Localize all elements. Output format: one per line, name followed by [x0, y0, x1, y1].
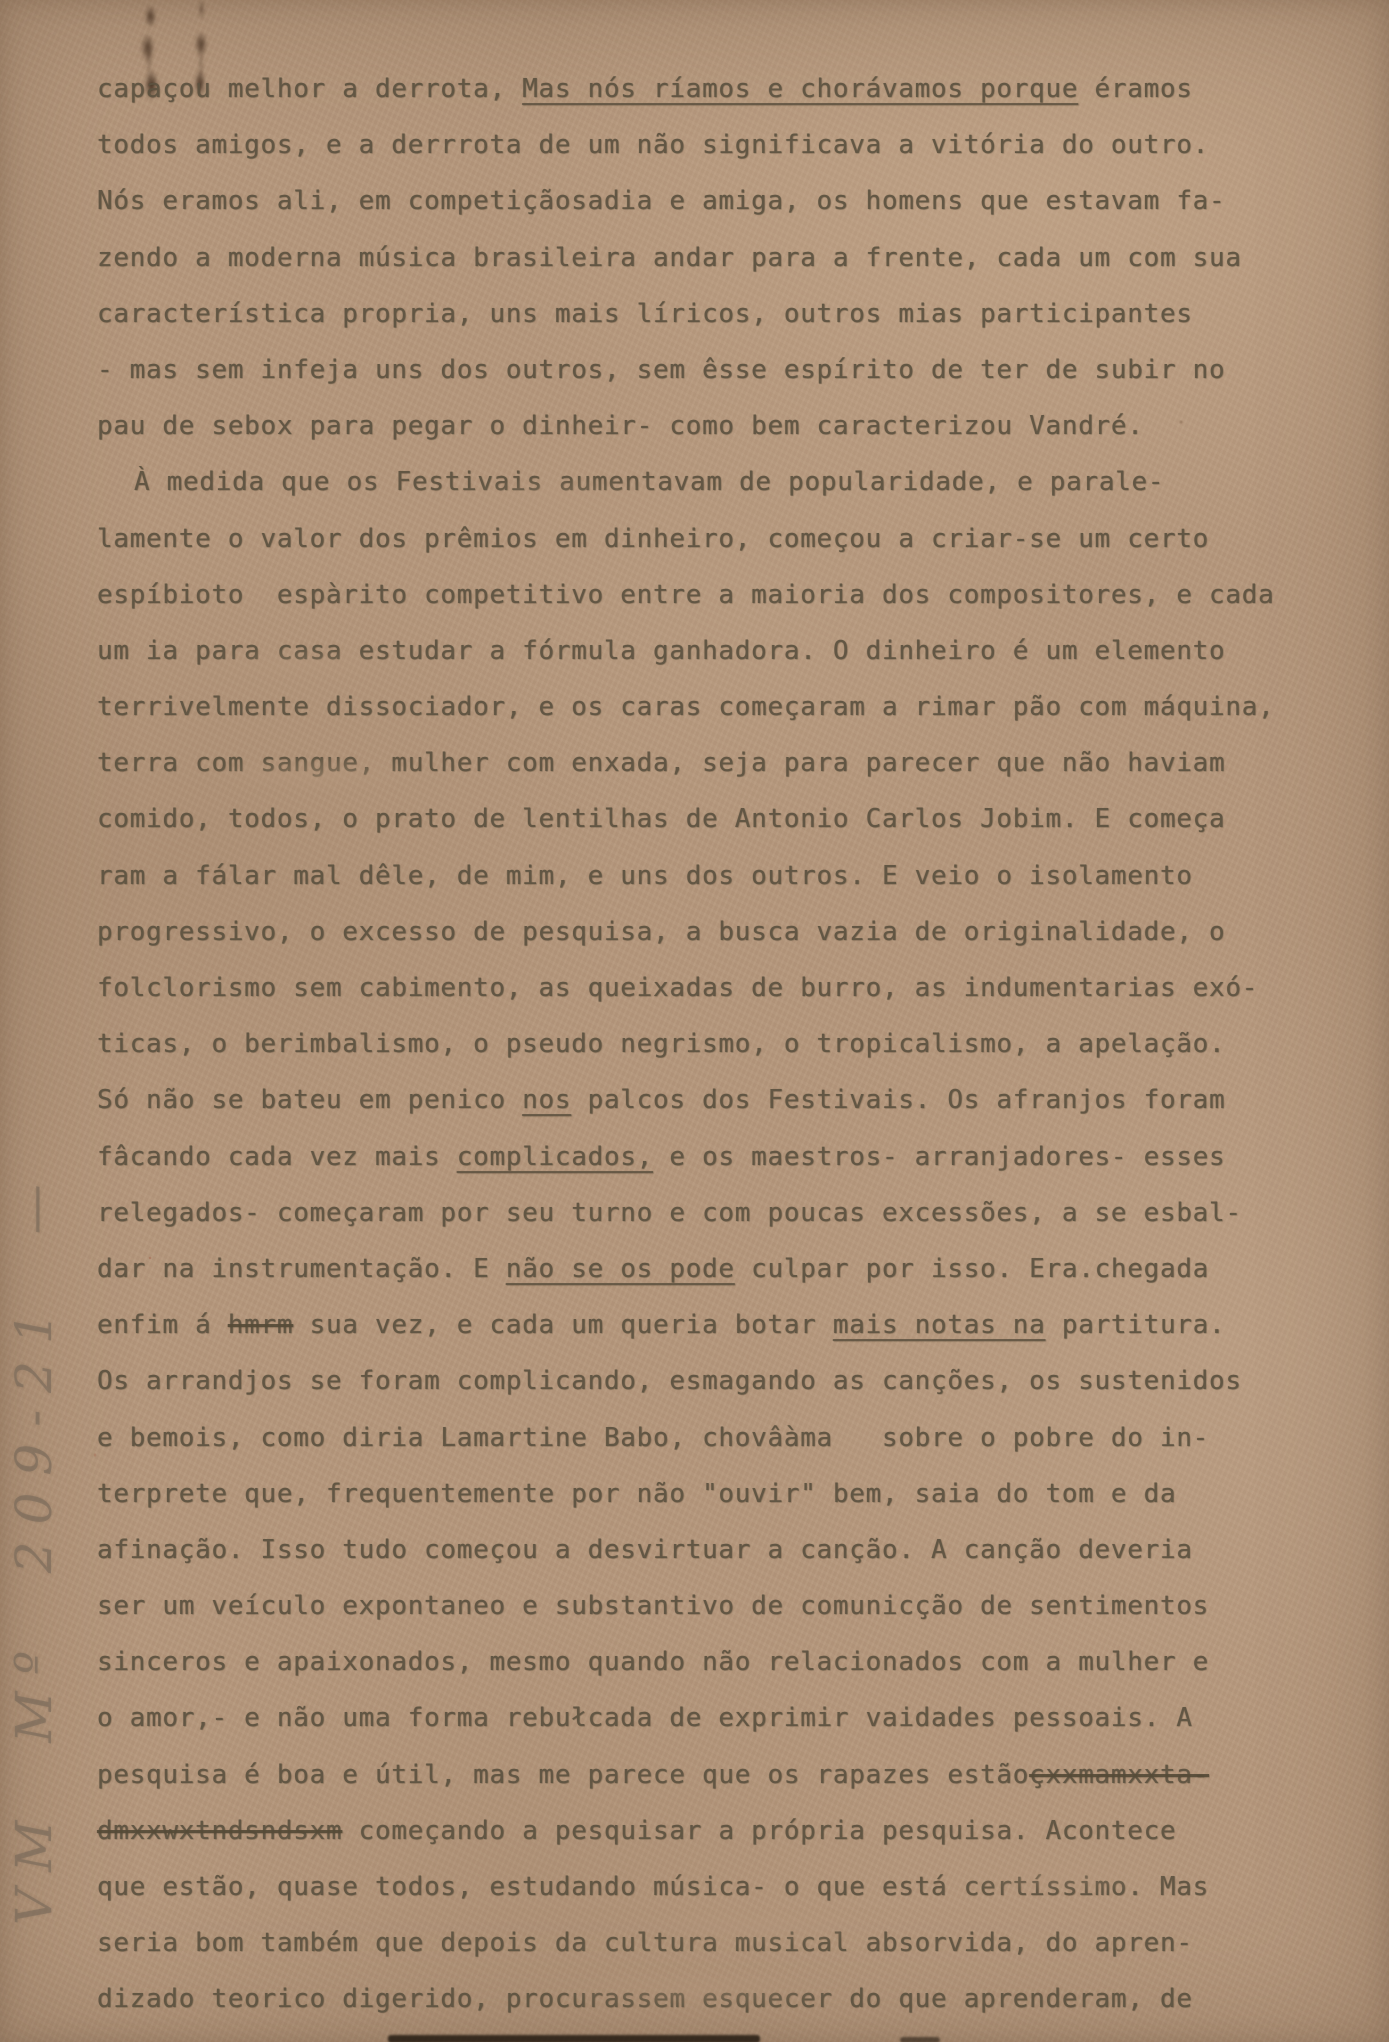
- typewritten-line: comido, todos, o prato de lentilhas de A…: [97, 804, 1359, 860]
- text-segment: pesquisa é boa e útil, mas me parece que…: [97, 1760, 1029, 1790]
- typewritten-line: dmxxwxtndsndsxm começando a pesquisar a …: [97, 1816, 1359, 1872]
- typewritten-line: pesquisa é boa e útil, mas me parece que…: [97, 1760, 1359, 1816]
- underlined-text: não se os pode: [506, 1254, 735, 1284]
- text-segment: terra com sangue, mulher com enxada, sej…: [97, 748, 1225, 778]
- text-segment: afinação. Isso tudo começou a desvirtuar…: [97, 1535, 1193, 1565]
- text-segment: dizado teorico digerido, procurassem esq…: [97, 1984, 1193, 2014]
- text-segment: Os arrandjos se foram complicando, esmag…: [97, 1366, 1242, 1396]
- typewritten-line: terprete que, frequentemente por não "ou…: [97, 1479, 1359, 1535]
- typewritten-line: afinação. Isso tudo começou a desvirtuar…: [97, 1535, 1359, 1591]
- text-segment: fâcando cada vez mais: [97, 1142, 457, 1172]
- typewritten-line: e bemois, como diria Lamartine Babo, cho…: [97, 1423, 1359, 1479]
- text-segment: e os maestros- arranjadores- esses: [653, 1142, 1225, 1172]
- typewritten-text-block: capaçou melhor a derrota, Mas nós ríamos…: [97, 74, 1359, 2041]
- text-segment: lamente o valor dos prêmios em dinheiro,…: [97, 524, 1209, 554]
- text-segment: culpar por isso. Era.chegada: [735, 1254, 1209, 1284]
- text-segment: e bemois, como diria Lamartine Babo, cho…: [97, 1423, 1209, 1453]
- typewritten-line: ticas, o berimbalismo, o pseudo negrismo…: [97, 1029, 1359, 1085]
- text-segment: progressivo, o excesso de pesquisa, a bu…: [97, 917, 1225, 947]
- text-segment: ram a fálar mal dêle, de mim, e uns dos …: [97, 861, 1193, 891]
- typewritten-line: fâcando cada vez mais complicados, e os …: [97, 1142, 1359, 1198]
- typewritten-line: Só não se bateu em penico nos palcos dos…: [97, 1085, 1359, 1141]
- text-segment: ser um veículo expontaneo e substantivo …: [97, 1591, 1209, 1621]
- typewritten-line: característica propria, uns mais líricos…: [97, 299, 1359, 355]
- text-segment: capaçou melhor a derrota,: [97, 74, 522, 104]
- typewritten-line: progressivo, o excesso de pesquisa, a bu…: [97, 917, 1359, 973]
- struck-out-text: hmrm: [228, 1310, 293, 1340]
- underlined-text: Mas nós ríamos e chorávamos porque: [522, 74, 1078, 104]
- text-segment: sinceros e apaixonados, mesmo quando não…: [97, 1647, 1209, 1677]
- underlined-text: mais notas na: [833, 1310, 1046, 1340]
- typewritten-line: terrivelmente dissociador, e os caras co…: [97, 692, 1359, 748]
- text-segment: partitura.: [1046, 1310, 1226, 1340]
- struck-out-text: dmxxwxtndsndsxm: [97, 1816, 342, 1846]
- typewritten-line: capaçou melhor a derrota, Mas nós ríamos…: [97, 74, 1359, 130]
- typewritten-line: que estão, quase todos, estudando música…: [97, 1872, 1359, 1928]
- text-segment: comido, todos, o prato de lentilhas de A…: [97, 804, 1225, 834]
- text-segment: folclorismo sem cabimento, as queixadas …: [97, 973, 1258, 1003]
- text-segment: espíbioto espàrito competitivo entre a m…: [97, 580, 1274, 610]
- typewritten-line: pau de sebox para pegar o dinheir- como …: [97, 411, 1359, 467]
- text-segment: começando a pesquisar a própria pesquisa…: [342, 1816, 1176, 1846]
- typewritten-line: ser um veículo expontaneo e substantivo …: [97, 1591, 1359, 1647]
- typewritten-line: espíbioto espàrito competitivo entre a m…: [97, 580, 1359, 636]
- text-segment: todos amigos, e a derrrota de um não sig…: [97, 130, 1209, 160]
- typewritten-line: terra com sangue, mulher com enxada, sej…: [97, 748, 1359, 804]
- typewritten-line: zendo a moderna música brasileira andar …: [97, 243, 1359, 299]
- typewritten-line: relegados- começaram por seu turno e com…: [97, 1198, 1359, 1254]
- typewritten-line: dizado teorico digerido, procurassem esq…: [97, 1984, 1359, 2040]
- text-segment: terprete que, frequentemente por não "ou…: [97, 1479, 1176, 1509]
- text-segment: terrivelmente dissociador, e os caras co…: [97, 692, 1274, 722]
- text-segment: À medida que os Festivais aumentavam de …: [134, 467, 1164, 497]
- text-segment: - mas sem infeja uns dos outros, sem êss…: [97, 355, 1225, 385]
- underlined-text: complicados,: [457, 1142, 653, 1172]
- typewritten-line: À medida que os Festivais aumentavam de …: [97, 467, 1359, 523]
- text-segment: dar na instrumentação. E: [97, 1254, 506, 1284]
- typewritten-line: Os arrandjos se foram complicando, esmag…: [97, 1366, 1359, 1422]
- margin-annotation: VM Mº 209-21 —: [5, 1165, 85, 1925]
- text-segment: o amor,- e não uma forma rebułcada de ex…: [97, 1703, 1193, 1733]
- text-segment: zendo a moderna música brasileira andar …: [97, 243, 1242, 273]
- typewritten-line: dar na instrumentação. E não se os pode …: [97, 1254, 1359, 1310]
- typewritten-line: ram a fálar mal dêle, de mim, e uns dos …: [97, 861, 1359, 917]
- text-segment: enfim á: [97, 1310, 228, 1340]
- typewritten-line: seria bom também que depois da cultura m…: [97, 1928, 1359, 1984]
- typewritten-line: lamente o valor dos prêmios em dinheiro,…: [97, 524, 1359, 580]
- text-segment: ticas, o berimbalismo, o pseudo negrismo…: [97, 1029, 1225, 1059]
- text-segment: que estão, quase todos, estudando música…: [97, 1872, 1209, 1902]
- struck-out-text: çxxmamxxta-: [1029, 1760, 1209, 1790]
- text-segment: pau de sebox para pegar o dinheir- como …: [97, 411, 1144, 441]
- text-segment: sua vez, e cada um queria botar: [293, 1310, 833, 1340]
- typewritten-line: todos amigos, e a derrrota de um não sig…: [97, 130, 1359, 186]
- typewritten-line: folclorismo sem cabimento, as queixadas …: [97, 973, 1359, 1029]
- text-segment: seria bom também que depois da cultura m…: [97, 1928, 1193, 1958]
- typewritten-line: um ia para casa estudar a fórmula ganhad…: [97, 636, 1359, 692]
- text-segment: palcos dos Festivais. Os afranjos foram: [571, 1085, 1225, 1115]
- scanned-typewritten-page: VM Mº 209-21 — capaçou melhor a derrota,…: [0, 0, 1389, 2042]
- text-segment: relegados- começaram por seu turno e com…: [97, 1198, 1242, 1228]
- typewritten-line: - mas sem infeja uns dos outros, sem êss…: [97, 355, 1359, 411]
- typewritten-line: Nós eramos ali, em competiçãosadia e ami…: [97, 186, 1359, 242]
- text-segment: um ia para casa estudar a fórmula ganhad…: [97, 636, 1225, 666]
- typewritten-line: sinceros e apaixonados, mesmo quando não…: [97, 1647, 1359, 1703]
- typewritten-line: o amor,- e não uma forma rebułcada de ex…: [97, 1703, 1359, 1759]
- text-segment: característica propria, uns mais líricos…: [97, 299, 1193, 329]
- text-segment: Só não se bateu em penico: [97, 1085, 522, 1115]
- text-segment: éramos: [1078, 74, 1192, 104]
- text-segment: Nós eramos ali, em competiçãosadia e ami…: [97, 186, 1225, 216]
- underlined-text: nos: [522, 1085, 571, 1115]
- typewritten-line: enfim á hmrm sua vez, e cada um queria b…: [97, 1310, 1359, 1366]
